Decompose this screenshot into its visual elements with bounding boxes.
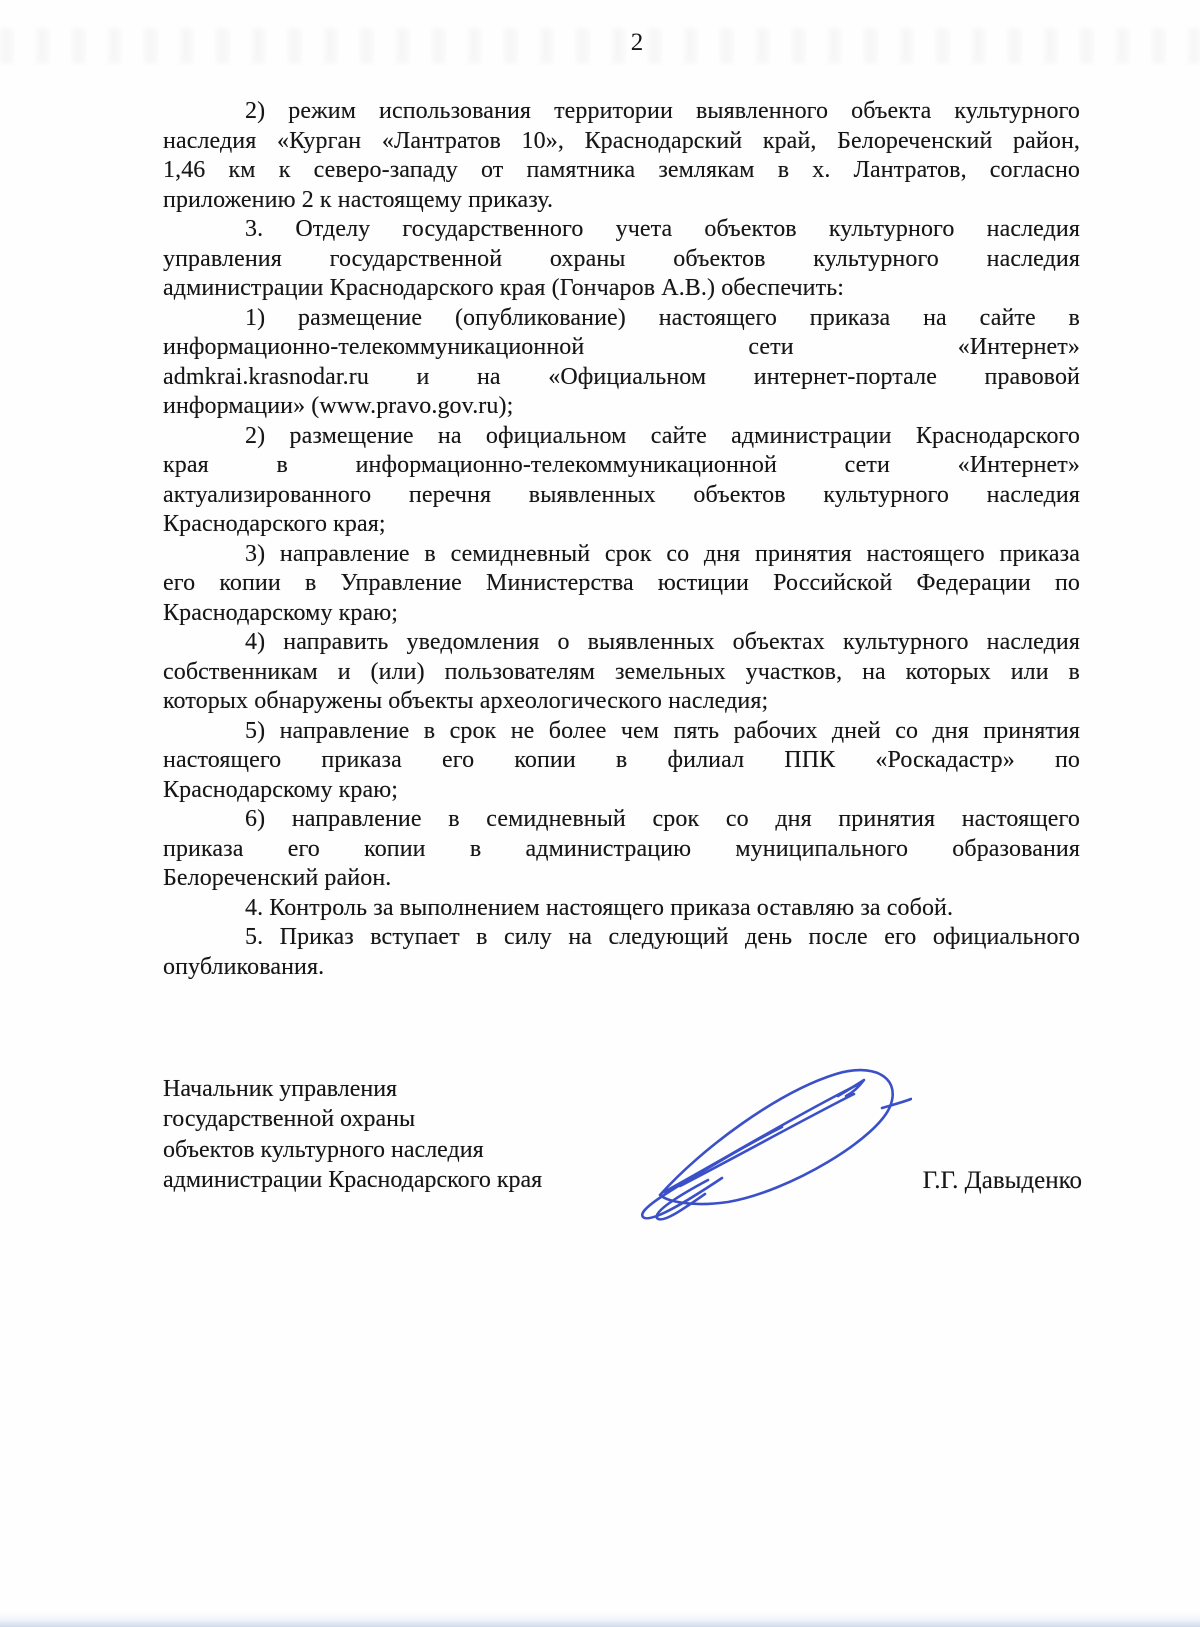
page-number: 2	[37, 28, 1200, 58]
paragraph: 4. Контроль за выполнением настоящего пр…	[163, 894, 1080, 924]
document-body: 2) режим использования территории выявле…	[163, 97, 1080, 982]
signature-title-block: Начальник управлениягосударственной охра…	[163, 1074, 683, 1195]
text-line: приказа его копии в администрацию муници…	[163, 835, 1080, 865]
signature-title-line: Начальник управления	[163, 1074, 683, 1104]
text-line: настоящего приказа его копии в филиал ПП…	[163, 746, 1080, 776]
text-line: администрации Краснодарского края (Гонча…	[163, 274, 1080, 304]
text-line: 1,46 км к северо-западу от памятника зем…	[163, 156, 1080, 186]
text-line: Краснодарскому краю;	[163, 776, 1080, 806]
text-line: его копии в Управление Министерства юсти…	[163, 569, 1080, 599]
paragraph: 2) режим использования территории выявле…	[163, 97, 1080, 215]
text-line: 2) размещение на официальном сайте админ…	[163, 422, 1080, 452]
text-line: 3. Отделу государственного учета объекто…	[163, 215, 1080, 245]
text-line: 6) направление в семидневный срок со дня…	[163, 805, 1080, 835]
paragraph: 1) размещение (опубликование) настоящего…	[163, 304, 1080, 422]
text-line: информационно-телекоммуникационной сети …	[163, 333, 1080, 363]
text-line: 5) направление в срок не более чем пять …	[163, 717, 1080, 747]
scan-artifact-bottom	[0, 1612, 1200, 1627]
text-line: собственникам и (или) пользователям земе…	[163, 658, 1080, 688]
text-line: наследия «Курган «Лантратов 10», Краснод…	[163, 127, 1080, 157]
text-line: опубликования.	[163, 953, 1080, 983]
text-line: актуализированного перечня выявленных об…	[163, 481, 1080, 511]
paragraph: 3) направление в семидневный срок со дня…	[163, 540, 1080, 629]
paragraph: 5) направление в срок не более чем пять …	[163, 717, 1080, 806]
paragraph: 5. Приказ вступает в силу на следующий д…	[163, 923, 1080, 982]
paragraph: 2) размещение на официальном сайте админ…	[163, 422, 1080, 540]
text-line: admkrai.krasnodar.ru и на «Официальном и…	[163, 363, 1080, 393]
text-line: Белореченский район.	[163, 864, 1080, 894]
text-line: 4) направить уведомления о выявленных об…	[163, 628, 1080, 658]
text-line: информации» (www.pravo.gov.ru);	[163, 392, 1080, 422]
signature-title-line: администрации Краснодарского края	[163, 1165, 683, 1195]
text-line: управления государственной охраны объект…	[163, 245, 1080, 275]
text-line: 3) направление в семидневный срок со дня…	[163, 540, 1080, 570]
document-page: 2 2) режим использования территории выяв…	[0, 0, 1200, 1627]
text-line: 1) размещение (опубликование) настоящего…	[163, 304, 1080, 334]
text-line: Краснодарского края;	[163, 510, 1080, 540]
signature-title-line: государственной охраны	[163, 1104, 683, 1134]
text-line: приложению 2 к настоящему приказу.	[163, 186, 1080, 216]
text-line: которых обнаружены объекты археологическ…	[163, 687, 1080, 717]
text-line: края в информационно-телекоммуникационно…	[163, 451, 1080, 481]
paragraph: 4) направить уведомления о выявленных об…	[163, 628, 1080, 717]
text-line: Краснодарскому краю;	[163, 599, 1080, 629]
signature-title-line: объектов культурного наследия	[163, 1135, 683, 1165]
text-line: 4. Контроль за выполнением настоящего пр…	[163, 894, 1080, 924]
paragraph: 6) направление в семидневный срок со дня…	[163, 805, 1080, 894]
text-line: 2) режим использования территории выявле…	[163, 97, 1080, 127]
signee-name: Г.Г. Давыденко	[870, 1166, 1082, 1196]
text-line: 5. Приказ вступает в силу на следующий д…	[163, 923, 1080, 953]
paragraph: 3. Отделу государственного учета объекто…	[163, 215, 1080, 304]
